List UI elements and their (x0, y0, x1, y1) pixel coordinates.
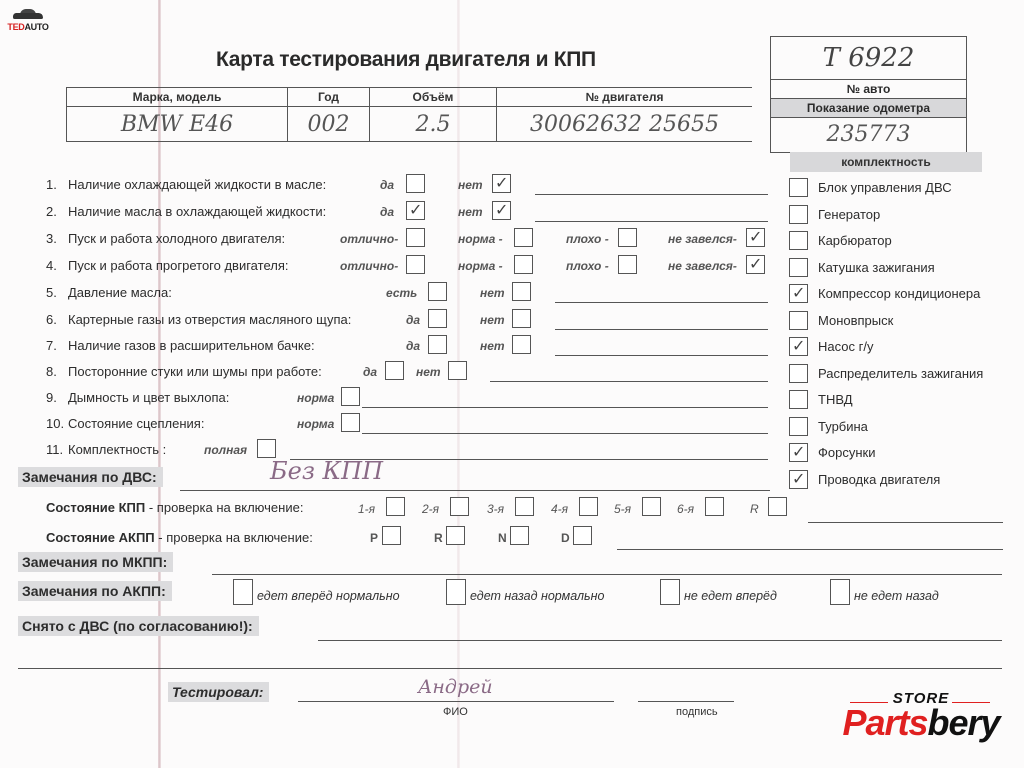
gear-label: 3-я (487, 502, 504, 516)
checklist-item-label: Дымность и цвет выхлопа: (68, 390, 229, 405)
option-label: отлично- (340, 232, 398, 246)
checkbox-unchecked[interactable] (514, 255, 533, 274)
completeness-checkbox[interactable] (789, 337, 808, 356)
checkbox-unchecked[interactable] (341, 413, 360, 432)
completeness-item-label: Катушка зажигания (818, 260, 935, 275)
year-value: 002 (288, 107, 370, 142)
mode-label: R (434, 531, 443, 545)
completeness-checkbox[interactable] (789, 417, 808, 436)
gear-checkbox[interactable] (642, 497, 661, 516)
option-label: норма - (458, 232, 503, 246)
gear-checkbox[interactable] (768, 497, 787, 516)
mode-checkbox[interactable] (573, 526, 592, 545)
checkbox-unchecked[interactable] (618, 228, 637, 247)
checklist-item-number: 11. (46, 442, 63, 457)
checklist-item-label: Комплектность : (68, 442, 166, 457)
tested-by-name[interactable]: Андрей (418, 676, 493, 698)
completeness-checkbox[interactable] (789, 205, 808, 224)
checklist-item-label: Пуск и работа холодного двигателя: (68, 231, 285, 246)
partsbery-logo: STORE Partsbery (836, 690, 1006, 744)
checkbox-unchecked[interactable] (428, 282, 447, 301)
akpp-notes-line (617, 549, 1003, 550)
checkbox-unchecked[interactable] (512, 309, 531, 328)
removed-line (318, 640, 1002, 641)
checklist-item-label: Посторонние стуки или шумы при работе: (68, 364, 322, 379)
completeness-item-label: Генератор (818, 207, 880, 222)
option-label: нет (458, 178, 483, 192)
akpp-check-label: Состояние АКПП - проверка на включение: (46, 530, 313, 545)
signature-line (638, 701, 734, 702)
checklist-item-number: 7. (46, 338, 57, 353)
engine-remarks-value[interactable]: Без КПП (270, 457, 383, 485)
checkbox-checked[interactable] (492, 174, 511, 193)
checkbox-unchecked[interactable] (406, 228, 425, 247)
gear-checkbox[interactable] (386, 497, 405, 516)
gear-label: 2-я (422, 502, 439, 516)
notes-line (555, 329, 768, 330)
volume-value: 2.5 (370, 107, 497, 142)
checklist-item-number: 8. (46, 364, 57, 379)
notes-line (535, 221, 768, 222)
checklist-item-label: Картерные газы из отверстия масляного щу… (68, 312, 351, 327)
checklist-item-number: 10. (46, 416, 64, 431)
gear-label: 6-я (677, 502, 694, 516)
gear-checkbox[interactable] (515, 497, 534, 516)
option-label: норма (297, 391, 334, 405)
completeness-item-label: Карбюратор (818, 233, 892, 248)
engine-remarks-line (180, 490, 770, 491)
checkbox-unchecked[interactable] (257, 439, 276, 458)
option-label: да (380, 178, 394, 192)
form-title: Карта тестирования двигателя и КПП (216, 48, 596, 72)
removed-line-2 (18, 668, 1002, 669)
notes-line (535, 194, 768, 195)
option-label: полная (204, 443, 247, 457)
notes-line (490, 381, 768, 382)
checklist-item-label: Наличие охлаждающей жидкости в масле: (68, 177, 326, 192)
mode-label: P (370, 531, 378, 545)
completeness-item-label: Форсунки (818, 445, 875, 460)
notes-line (362, 407, 768, 408)
car-icon (11, 8, 45, 22)
vehicle-number-box: T 6922 № авто Показание одометра 235773 (770, 36, 967, 153)
checkbox-checked[interactable] (492, 201, 511, 220)
option-label: нет (480, 286, 505, 300)
tested-by-label: Тестировал: (168, 682, 269, 702)
completeness-header: комплектность (790, 152, 982, 172)
gear-checkbox[interactable] (579, 497, 598, 516)
completeness-checkbox[interactable] (789, 284, 808, 303)
completeness-item-label: Турбина (818, 419, 868, 434)
auto-number-value: T 6922 (771, 37, 966, 80)
option-label: да (363, 365, 377, 379)
checklist-item-number: 6. (46, 312, 57, 327)
option-label: отлично- (340, 259, 398, 273)
checkbox-unchecked[interactable] (512, 282, 531, 301)
checklist-item-number: 1. (46, 177, 57, 192)
mode-checkbox[interactable] (510, 526, 529, 545)
tedauto-logo: TEDAUTO (6, 8, 50, 32)
kpp-notes-line (808, 522, 1003, 523)
notes-line (555, 302, 768, 303)
completeness-checkbox[interactable] (789, 258, 808, 277)
checkbox-unchecked[interactable] (385, 361, 404, 380)
akpp-remark-checkbox[interactable] (446, 579, 466, 605)
tested-by-name-line (298, 701, 614, 702)
checklist-item-label: Давление масла: (68, 285, 172, 300)
akpp-remark-checkbox[interactable] (660, 579, 680, 605)
checklist-item-number: 9. (46, 390, 57, 405)
checklist-item-label: Состояние сцепления: (68, 416, 204, 431)
option-label: плохо - (566, 259, 609, 273)
engine-remarks-label: Замечания по ДВС: (18, 467, 163, 487)
name-caption: ФИО (443, 706, 468, 718)
option-label: норма - (458, 259, 503, 273)
akpp-remark-label: едет назад нормально (470, 589, 604, 603)
option-label: норма (297, 417, 334, 431)
checklist-item-number: 4. (46, 258, 57, 273)
checklist-item-number: 3. (46, 231, 57, 246)
removed-label: Снято с ДВС (по согласованию!): (18, 616, 259, 636)
completeness-item-label: Насос г/у (818, 339, 873, 354)
option-label: не завелся- (668, 259, 737, 273)
odometer-label: Показание одометра (771, 99, 966, 118)
gear-checkbox[interactable] (705, 497, 724, 516)
gear-checkbox[interactable] (450, 497, 469, 516)
mode-checkbox[interactable] (382, 526, 401, 545)
checkbox-checked[interactable] (746, 255, 765, 274)
gear-label: R (750, 502, 759, 516)
checklist-item-number: 5. (46, 285, 57, 300)
completeness-item-label: Компрессор кондиционера (818, 286, 980, 301)
mode-label: N (498, 531, 507, 545)
mode-label: D (561, 531, 570, 545)
col-header-year: Год (288, 88, 370, 107)
checkbox-unchecked[interactable] (448, 361, 467, 380)
option-label: да (406, 313, 420, 327)
checklist-item-label: Наличие газов в расширительном бачке: (68, 338, 315, 353)
checkbox-unchecked[interactable] (428, 309, 447, 328)
notes-line (290, 459, 768, 460)
checkbox-checked[interactable] (406, 201, 425, 220)
option-label: есть (386, 286, 417, 300)
option-label: да (380, 205, 394, 219)
option-label: не завелся- (668, 232, 737, 246)
col-header-volume: Объём (370, 88, 497, 107)
vehicle-info-table: Марка, модель Год Объём № двигателя BMW … (66, 87, 752, 142)
kpp-check-label: Состояние КПП - проверка на включение: (46, 500, 303, 515)
mkpp-remarks-label: Замечания по МКПП: (18, 552, 173, 572)
signature-caption: подпись (676, 706, 718, 718)
checkbox-unchecked[interactable] (406, 255, 425, 274)
gear-label: 4-я (551, 502, 568, 516)
akpp-remark-checkbox[interactable] (233, 579, 253, 605)
completeness-item-label: ТНВД (818, 392, 853, 407)
col-header-engine-number: № двигателя (497, 88, 753, 107)
option-label: нет (458, 205, 483, 219)
completeness-item-label: Моновпрыск (818, 313, 893, 328)
option-label: плохо - (566, 232, 609, 246)
checkbox-unchecked[interactable] (512, 335, 531, 354)
option-label: нет (480, 313, 505, 327)
checkbox-unchecked[interactable] (428, 335, 447, 354)
completeness-checkbox[interactable] (789, 443, 808, 462)
mode-checkbox[interactable] (446, 526, 465, 545)
mkpp-remarks-line (212, 574, 1002, 575)
gear-label: 1-я (358, 502, 375, 516)
completeness-checkbox[interactable] (789, 311, 808, 330)
option-label: да (406, 339, 420, 353)
auto-number-label: № авто (771, 80, 966, 99)
engine-number-value: 30062632 25655 (497, 107, 753, 142)
make-model-value: BMW E46 (67, 107, 288, 142)
completeness-item-label: Блок управления ДВС (818, 180, 952, 195)
akpp-remark-label: не едет вперёд (684, 589, 777, 603)
checkbox-unchecked[interactable] (341, 387, 360, 406)
col-header-make-model: Марка, модель (67, 88, 288, 107)
completeness-checkbox[interactable] (789, 231, 808, 250)
completeness-checkbox[interactable] (789, 470, 808, 489)
gear-label: 5-я (614, 502, 631, 516)
checklist-item-label: Наличие масла в охлаждающей жидкости: (68, 204, 326, 219)
completeness-item-label: Распределитель зажигания (818, 366, 983, 381)
checkbox-unchecked[interactable] (406, 174, 425, 193)
checklist-item-number: 2. (46, 204, 57, 219)
notes-line (362, 433, 768, 434)
option-label: нет (416, 365, 441, 379)
completeness-checkbox[interactable] (789, 390, 808, 409)
akpp-remarks-label: Замечания по АКПП: (18, 581, 172, 601)
notes-line (555, 355, 768, 356)
completeness-item-label: Проводка двигателя (818, 472, 940, 487)
checkbox-checked[interactable] (746, 228, 765, 247)
akpp-remark-label: едет вперёд нормально (257, 589, 400, 603)
option-label: нет (480, 339, 505, 353)
akpp-remark-label: не едет назад (854, 589, 939, 603)
odometer-value: 235773 (771, 118, 966, 152)
checklist-item-label: Пуск и работа прогретого двигателя: (68, 258, 288, 273)
checkbox-unchecked[interactable] (514, 228, 533, 247)
completeness-checkbox[interactable] (789, 364, 808, 383)
checkbox-unchecked[interactable] (618, 255, 637, 274)
completeness-checkbox[interactable] (789, 178, 808, 197)
akpp-remark-checkbox[interactable] (830, 579, 850, 605)
